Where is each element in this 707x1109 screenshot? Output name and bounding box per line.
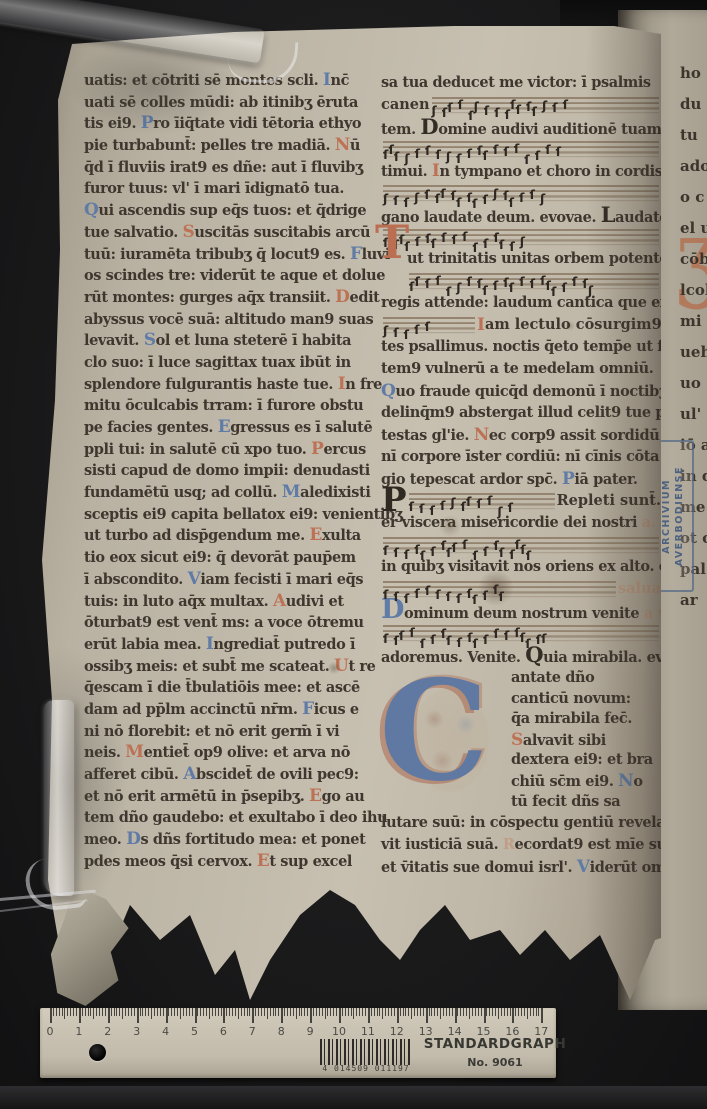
neume-group: ʃſſſſʃſſſſſſſʃſſ: [432, 99, 569, 116]
text-segment: gressus es ī salutē: [230, 419, 372, 436]
music-staff-row: ſſſſſſſſſſſſſ salua: [381, 578, 661, 600]
manuscript-line: abyssus vocē suā: altitudo man9 suas: [84, 309, 384, 331]
text-segment: ossibʒ meis: et subt̄ me scateat.: [84, 658, 334, 675]
neume-mark: ſ: [556, 147, 561, 157]
neume-mark: ſ: [430, 635, 435, 645]
text-segment: ū: [350, 137, 360, 154]
neume-mark: ſ: [435, 590, 440, 600]
neume-mark: ſ: [509, 242, 514, 252]
ruler-number: 0: [47, 1025, 54, 1038]
text-segment: ercus: [323, 441, 365, 458]
ruler-tick: [226, 1008, 227, 1016]
music-staff: ʃſſʃſſſſſſſſʃſſſſʃ: [383, 185, 659, 202]
neume-mark: ſ: [393, 548, 398, 558]
neume-mark: ſ: [441, 233, 446, 243]
text-segment: ro īiq̄tate vidi tētoria ethyo: [153, 115, 361, 132]
neume-mark: ſ: [466, 277, 471, 287]
neume-mark: ſ: [514, 144, 519, 154]
neume-mark: ſ: [483, 547, 488, 557]
ruler-tick: [59, 1008, 60, 1016]
neume-mark: ſ: [545, 145, 550, 155]
neume-mark: ſ: [393, 592, 398, 602]
ruler-tick: [278, 1008, 279, 1016]
manuscript-line: tue salvatio. Suscitās suscitabis arcū: [84, 222, 384, 244]
illuminated-initial: Q: [381, 381, 395, 401]
neume-mark: ſ: [509, 198, 514, 208]
text-segment: dam ad pp̄lm accinctū nr̄m.: [84, 701, 302, 718]
illuminated-initial: E: [218, 417, 231, 437]
neume-mark: ſ: [452, 235, 457, 245]
ruler-number: 8: [278, 1025, 285, 1038]
ruler-tick: [244, 1008, 245, 1016]
ruler-hanging-hole: [89, 1044, 106, 1061]
ruler-tick: [183, 1008, 184, 1016]
ruler-brand: STANDARDGRAPH: [420, 1036, 570, 1052]
manuscript-line: uati sē colles mūdi: ab itinibʒ ēruta: [84, 92, 384, 114]
neume-mark: ſ: [404, 594, 409, 604]
illuminated-initial: D: [335, 287, 349, 307]
music-staff: ſſſſſʃſſſſſſſſſſſſſſʃ: [409, 273, 659, 290]
manuscript-line: ppli tui: in salutē cū xpo tuo. Percus: [84, 439, 384, 461]
neume-mark: ſ: [494, 108, 499, 118]
neume-group: ſſſſſſſſſſſſſſſſſſ: [383, 539, 531, 556]
text-segment: pe facies gentes.: [84, 419, 218, 436]
ruler-tick: [322, 1008, 323, 1016]
manuscript-line: pe facies gentes. Egressus es ī salutē: [84, 417, 384, 439]
ruler-tick: [365, 1008, 366, 1016]
neume-mark: ſ: [504, 631, 509, 641]
neume-mark: ſ: [409, 628, 414, 638]
text-segment: go au: [322, 788, 365, 805]
ruler-tick: [67, 1008, 68, 1016]
illuminated-initial: N: [474, 425, 489, 445]
neume-mark: ſ: [446, 592, 451, 602]
neume-mark: ſ: [524, 155, 529, 165]
ruler-tick: [275, 1008, 276, 1016]
neume-mark: ſ: [424, 190, 429, 200]
ruler-tick: [142, 1008, 143, 1016]
neume-mark: ʃ: [493, 189, 498, 199]
manuscript-line: canticū novum:: [511, 689, 661, 710]
ruler-tick: [90, 1008, 91, 1016]
text-segment: chiū sc̄m ei9.: [511, 773, 618, 790]
neume-mark: ſ: [535, 151, 540, 161]
manuscript-line: ut trinitatis unitas orbem potenter qui: [381, 248, 661, 270]
neume-mark: ſ: [431, 239, 436, 249]
ruler-tick: [241, 1008, 242, 1016]
ruler-tick: [249, 1008, 250, 1016]
ruler-tick: [151, 1008, 152, 1019]
ruler-tick: [76, 1008, 77, 1016]
neume-mark: ſ: [482, 151, 487, 161]
ruler-tick: [296, 1008, 297, 1019]
manuscript-line: furor tuus: vl' ī mari īdignatō tua.: [84, 178, 384, 200]
text-segment: delinq̄m9 abstergat illud celit9 tue po: [381, 404, 674, 421]
neume-mark: ſ: [519, 277, 524, 287]
ruler-tick: [53, 1008, 54, 1016]
ruler-number: 1: [75, 1025, 82, 1038]
manuscript-line: nī corpore īster cordiū: nī cīnis cōta: [381, 446, 661, 468]
text-segment: afferet cibū.: [84, 766, 183, 783]
text-segment: bscidet̄ de ovili pec9:: [196, 766, 359, 783]
ruler-tick: [527, 1008, 528, 1019]
neume-mark: ſ: [447, 103, 452, 113]
text-segment: ut trinitatis unitas orbem potenter qui: [407, 250, 705, 267]
ruler-tick: [327, 1008, 328, 1016]
ruler-tick: [420, 1008, 421, 1016]
ruler-tick: [189, 1008, 190, 1016]
illuminated-initial-block: Cantate dñocanticū novum:q̄a mirabila fe…: [381, 666, 661, 812]
text-segment: q̄d ī fluviis irat9 es dñe: aut ī fluvib…: [84, 159, 363, 176]
neume-mark: ſ: [383, 546, 388, 556]
neume-mark: ſ: [420, 639, 425, 649]
neume-mark: ſ: [414, 277, 419, 287]
neume-mark: ſ: [499, 240, 504, 250]
manuscript-line: os scindes tre: viderūt te aque et dolue: [84, 265, 384, 287]
manuscript-line: tū fecit dñs sa: [511, 792, 661, 813]
barcode: [320, 1039, 410, 1065]
text-segment: ppli tui: in salutē cū xpo tuo.: [84, 441, 311, 458]
text-segment: q̄a mirabila fec̄.: [511, 710, 632, 727]
manuscript-line: pdes meos q̄si cervox. Et sup excel: [84, 851, 384, 873]
text-segment: tuū: iuramēta tribubʒ q̄ locut9 es.: [84, 246, 350, 263]
ruler-tick: [105, 1008, 106, 1016]
ruler-number: 14: [448, 1025, 462, 1038]
ruler-tick: [157, 1008, 158, 1016]
neume-mark: ſ: [404, 330, 409, 340]
right-text-column: sa tua deducet me victor: ī psalmiscanen…: [381, 72, 661, 878]
illuminated-initial: Q: [84, 200, 98, 220]
ruler-tick: [281, 1008, 283, 1023]
ruler-tick: [93, 1008, 94, 1019]
neume-mark: ſ: [530, 190, 535, 200]
ruler-tick: [131, 1008, 132, 1016]
ruler-tick: [148, 1008, 149, 1016]
ruler-tick: [116, 1008, 117, 1016]
manuscript-line: levavit. Sol et luna steterē ī habita: [84, 330, 384, 352]
ruler-tick: [223, 1008, 225, 1023]
ruler-tick: [287, 1008, 288, 1016]
ruler-tick: [299, 1008, 300, 1016]
ruler-tick: [457, 1008, 458, 1016]
neume-mark: ſ: [498, 592, 503, 602]
initial-letter: C: [379, 656, 489, 806]
ruler-tick: [73, 1008, 74, 1016]
manuscript-line: regis attende: laudum cantica que excuba…: [381, 292, 661, 314]
ruler-tick: [238, 1008, 239, 1019]
ruler-tick: [394, 1008, 395, 1016]
ruler-tick: [359, 1008, 360, 1016]
neume-mark: ſ: [429, 506, 434, 516]
ruler-tick: [524, 1008, 525, 1016]
neume-mark: ſ: [383, 590, 388, 600]
music-staff-row: ʃſſʃſſſſſſſſʃſſſſʃ: [381, 182, 661, 204]
text-segment: splendore fulgurantis haste tue.: [84, 376, 338, 393]
neume-mark: ſ: [482, 286, 487, 296]
table-mat-edge: [0, 1086, 707, 1109]
ruler-tick: [79, 1008, 81, 1023]
music-staff: ʃſſſſʃſſſſſſſʃſſ: [432, 97, 659, 114]
ruler-tick: [267, 1008, 268, 1019]
ruler-tick: [174, 1008, 175, 1016]
neume-mark: ſ: [508, 503, 513, 513]
ruler-tick: [316, 1008, 317, 1016]
ruler-tick: [215, 1008, 216, 1016]
ruler-tick: [192, 1008, 193, 1016]
ruler-tick: [209, 1008, 210, 1019]
manuscript-line: lutare suū: in cōspectu gentiū revela: [381, 812, 661, 834]
manuscript-line: testas gl'ie. Nec corp9 assit sordidū: [381, 424, 661, 446]
manuscript-line: pie turbabunt̄: pelles tre madiā. Nū: [84, 135, 384, 157]
ruler-tick: [408, 1008, 409, 1016]
neume-mark: ʃ: [474, 102, 479, 112]
neume-mark: ſ: [393, 196, 398, 206]
ruler-tick: [504, 1008, 505, 1016]
text-segment: antate dño: [511, 669, 594, 686]
manuscript-line: delinq̄m9 abstergat illud celit9 tue po: [381, 402, 661, 424]
ruler-tick: [478, 1008, 479, 1016]
neume-group: ſſſſſſſſſſſſſſſſſſſ: [383, 627, 547, 644]
text-segment: tis ei9.: [84, 115, 141, 132]
ruler-tick: [177, 1008, 178, 1016]
text-segment: entiet̄ op9 olive: et arva nō: [144, 744, 351, 761]
ruler-tick: [385, 1008, 386, 1016]
text-segment: pdes meos q̄si cervox.: [84, 853, 257, 870]
neume-mark: ſ: [541, 634, 546, 644]
illuminated-initial: P: [381, 490, 407, 512]
text-segment: tem dño gaudebo: et exultabo ī deo ihu: [84, 809, 387, 826]
neume-mark: ʃ: [520, 237, 525, 247]
ruler-tick: [449, 1008, 450, 1016]
ruler-number: 5: [191, 1025, 198, 1038]
ruler-tick: [434, 1008, 435, 1016]
text-segment: o: [633, 773, 642, 790]
ruler-tick: [145, 1008, 146, 1016]
neume-mark: ſ: [435, 150, 440, 160]
neume-mark: ſ: [473, 639, 478, 649]
ruler-tick: [168, 1008, 169, 1016]
manuscript-line: Dominum deum nostrum venite a ymn̄: [381, 600, 661, 622]
music-staff: ſſſſſſſſſſſſſſſſſſſ: [383, 625, 659, 642]
ruler-number: 17: [534, 1025, 548, 1038]
ruler-tick: [313, 1008, 314, 1016]
ruler-number: 7: [249, 1025, 256, 1038]
manuscript-line: Quo fraude quicq̄d demonū ī noctibʒ: [381, 380, 661, 402]
text-segment: alvavit sibi: [523, 732, 606, 749]
ruler-tick: [235, 1008, 236, 1016]
text-segment: uati sē colles mūdi: ab itinibʒ ēruta: [84, 94, 358, 111]
ruler-tick: [533, 1008, 534, 1016]
text-segment: sceptis ei9 capita bellatox ei9: venient…: [84, 506, 403, 523]
ruler-tick: [437, 1008, 438, 1016]
neume-mark: ſ: [493, 629, 498, 639]
music-staff-row: PſſſſʃſſſſʃſRepleti sunt̄.: [381, 490, 661, 512]
text-segment: et v̄itatis sue domui isrl'.: [381, 859, 577, 876]
neume-mark: ſ: [458, 100, 463, 110]
manuscript-line: gio tepescat ardor spc̄. Piā pater.: [381, 468, 661, 490]
illuminated-initial: P: [562, 469, 574, 489]
text-segment: neis.: [84, 744, 125, 761]
music-staff: ſſſſſſſſſſſſſ: [383, 581, 616, 598]
illuminated-initial: F: [350, 244, 362, 264]
music-staff: ſſſſʃſſſſʃſ: [409, 493, 555, 510]
manuscript-line: dextera ei9: et bra: [511, 750, 661, 771]
illuminated-initial: V: [577, 857, 590, 877]
text-segment: ecordat9 est mīe sue: [515, 836, 676, 853]
ruler-tick: [405, 1008, 406, 1016]
large-red-initial: T: [375, 222, 409, 262]
ruler-tick: [221, 1008, 222, 1016]
neume-mark: ſ: [466, 497, 471, 507]
manuscript-line: ōturbat9 est vent̄ ms: a voce ōtremu: [84, 612, 384, 634]
ruler-tick: [273, 1008, 274, 1016]
ruler-tick: [345, 1008, 346, 1016]
manuscript-line: et v̄itatis sue domui isrl'. Viderūt omē…: [381, 856, 661, 878]
neume-mark: ſ: [419, 504, 424, 514]
ruler-tick: [475, 1008, 476, 1016]
manuscript-line: afferet cibū. Abscidet̄ de ovili pec9:: [84, 764, 384, 786]
ruler-tick: [171, 1008, 172, 1016]
neume-mark: ſ: [435, 276, 440, 286]
ruler-tick: [114, 1008, 115, 1016]
ruler-tick: [431, 1008, 432, 1016]
neume-mark: ſ: [399, 631, 404, 641]
manuscript-line: antate dño: [511, 668, 661, 689]
neume-mark: ſ: [484, 106, 489, 116]
text-segment: testas gl'ie.: [381, 427, 474, 444]
neume-mark: ſ: [456, 594, 461, 604]
ruler-number: 3: [133, 1025, 140, 1038]
text-segment: tes psallimus. noctis q̄eto temp̄e ut fl…: [381, 338, 692, 355]
archive-stamp-line2: AVERBODIENSE: [674, 466, 685, 566]
text-segment: iam fecisti ī mari eq̄s: [200, 571, 363, 588]
ruler-tick: [541, 1008, 543, 1023]
ruler-tick: [362, 1008, 363, 1016]
manuscript-line: sa tua deducet me victor: ī psalmis: [381, 72, 661, 94]
manuscript-line: ni nō florebit: et nō erit germ̄ ī vi: [84, 721, 384, 743]
manuscript-line: vit iusticiā suā. Recordat9 est mīe sue: [381, 834, 661, 856]
text-segment: omine audivi auditionē tuam et: [438, 121, 681, 138]
music-staff: ſſſʃſſſʃſſſſſſſſſſſ: [383, 141, 659, 158]
neume-mark: ſ: [415, 237, 420, 247]
ruler-tick: [333, 1008, 334, 1016]
neume-mark: ʃ: [588, 286, 593, 296]
ruler-tick: [440, 1008, 441, 1019]
ruler-tick: [371, 1008, 372, 1016]
neume-mark: ſ: [468, 111, 473, 121]
ruler-tick: [417, 1008, 418, 1016]
text-segment: meo.: [84, 831, 126, 848]
ruler-number: 2: [104, 1025, 111, 1038]
ruler-tick: [495, 1008, 496, 1016]
neume-mark: ſ: [415, 149, 420, 159]
neume-mark: ſ: [452, 543, 457, 553]
ruler-tick: [96, 1008, 97, 1016]
neume-group: ſſſſſſſſſſſſſ: [383, 583, 504, 600]
neume-mark: ſ: [525, 639, 530, 649]
manuscript-line: q̄a mirabila fec̄.: [511, 709, 661, 730]
ruler-tick: [195, 1008, 197, 1023]
ruler-tick: [319, 1008, 320, 1016]
ruler-tick: [261, 1008, 262, 1016]
neume-mark: ſ: [509, 283, 514, 293]
neume-mark: ſ: [472, 595, 477, 605]
ruler-number: 16: [505, 1025, 519, 1038]
ruler-tick: [206, 1008, 207, 1016]
ruler-tick: [125, 1008, 126, 1016]
illuminated-initial: E: [309, 786, 322, 806]
text-segment: uo fraude quicq̄d demonū ī noctibʒ: [395, 383, 666, 400]
text-segment: levavit.: [84, 332, 144, 349]
manuscript-line: ossibʒ meis: et subt̄ me scateat. Ut re: [84, 656, 384, 678]
text-segment: mitu ōculcabis trram: ī furore obstu: [84, 397, 363, 414]
music-staff-row: ſſſſſſſſſſſſſſſſſſ: [381, 534, 661, 556]
manuscript-line: dam ad pp̄lm accinctū nr̄m. Ficus e: [84, 699, 384, 721]
neume-mark: ſ: [393, 328, 398, 338]
neume-mark: ſ: [519, 193, 524, 203]
ruler-tick: [284, 1008, 285, 1016]
ruler-tick: [85, 1008, 86, 1016]
neume-mark: ſ: [420, 551, 425, 561]
text-segment: ol et luna steterē ī habita: [156, 332, 352, 349]
ruler-tick: [293, 1008, 294, 1016]
manuscript-line: tuū: iuramēta tribubʒ q̄ locut9 es. Fluv…: [84, 244, 384, 266]
illuminated-initial: E: [309, 525, 322, 545]
ruler-tick: [218, 1008, 219, 1016]
ruler-tick: [128, 1008, 129, 1016]
neume-mark: ſ: [425, 279, 430, 289]
ruler-tick: [50, 1008, 52, 1023]
neume-mark: ſ: [526, 551, 531, 561]
neume-group: ʃſſſſ: [383, 319, 430, 336]
ruler-tick: [88, 1008, 89, 1016]
illuminated-initial: L: [601, 202, 615, 227]
manuscript-line: timui. In tympano et choro in cordis et …: [381, 160, 661, 182]
text-segment: erūt labia mea.: [84, 636, 206, 653]
ruler-tick: [247, 1008, 248, 1016]
ruler-tick: [301, 1008, 302, 1016]
ruler-tick: [258, 1008, 259, 1016]
ruler-tick: [429, 1008, 430, 1016]
neume-mark: ʃ: [456, 283, 461, 293]
ruler: 4 014509 011197 STANDARDGRAPH No. 9061 0…: [40, 1008, 556, 1078]
ruler-tick: [351, 1008, 352, 1016]
text-segment: fundamētū usq; ad collū.: [84, 484, 282, 501]
ruler-tick: [400, 1008, 401, 1016]
neume-mark: ſ: [493, 281, 498, 291]
text-segment: tuis: in luto aq̄x multax.: [84, 593, 273, 610]
ruler-tick: [119, 1008, 120, 1016]
ruler-tick: [108, 1008, 110, 1023]
neume-mark: ʃ: [414, 193, 419, 203]
neume-mark: ſ: [383, 634, 388, 644]
music-staff-row: ſſſſſʃſſſſſſſſſſſſſſʃ: [381, 270, 661, 292]
manuscript-line: tis ei9. Pro īiq̄tate vidi tētoria ethyo: [84, 113, 384, 135]
neume-group: ſſſſʃſſſſʃſ: [409, 495, 513, 512]
neume-mark: ʃ: [540, 194, 545, 204]
ruler-tick: [62, 1008, 63, 1016]
ruler-tick: [232, 1008, 233, 1016]
music-staff: ſſſſſſſſſſſſſſſʃ: [383, 229, 659, 246]
music-staff-row: canenʃſſſſʃſſſſſſſʃſſ: [381, 94, 661, 116]
ruler-tick: [446, 1008, 447, 1016]
neume-mark: ſ: [483, 635, 488, 645]
text-segment: xulta: [322, 527, 361, 544]
neume-mark: ʃ: [497, 507, 502, 517]
text-segment: rūt montes: gurges aq̄x transiit.: [84, 289, 335, 306]
neume-mark: ſ: [425, 146, 430, 156]
manuscript-line: neis. Mentiet̄ op9 olive: et arva nō: [84, 742, 384, 764]
